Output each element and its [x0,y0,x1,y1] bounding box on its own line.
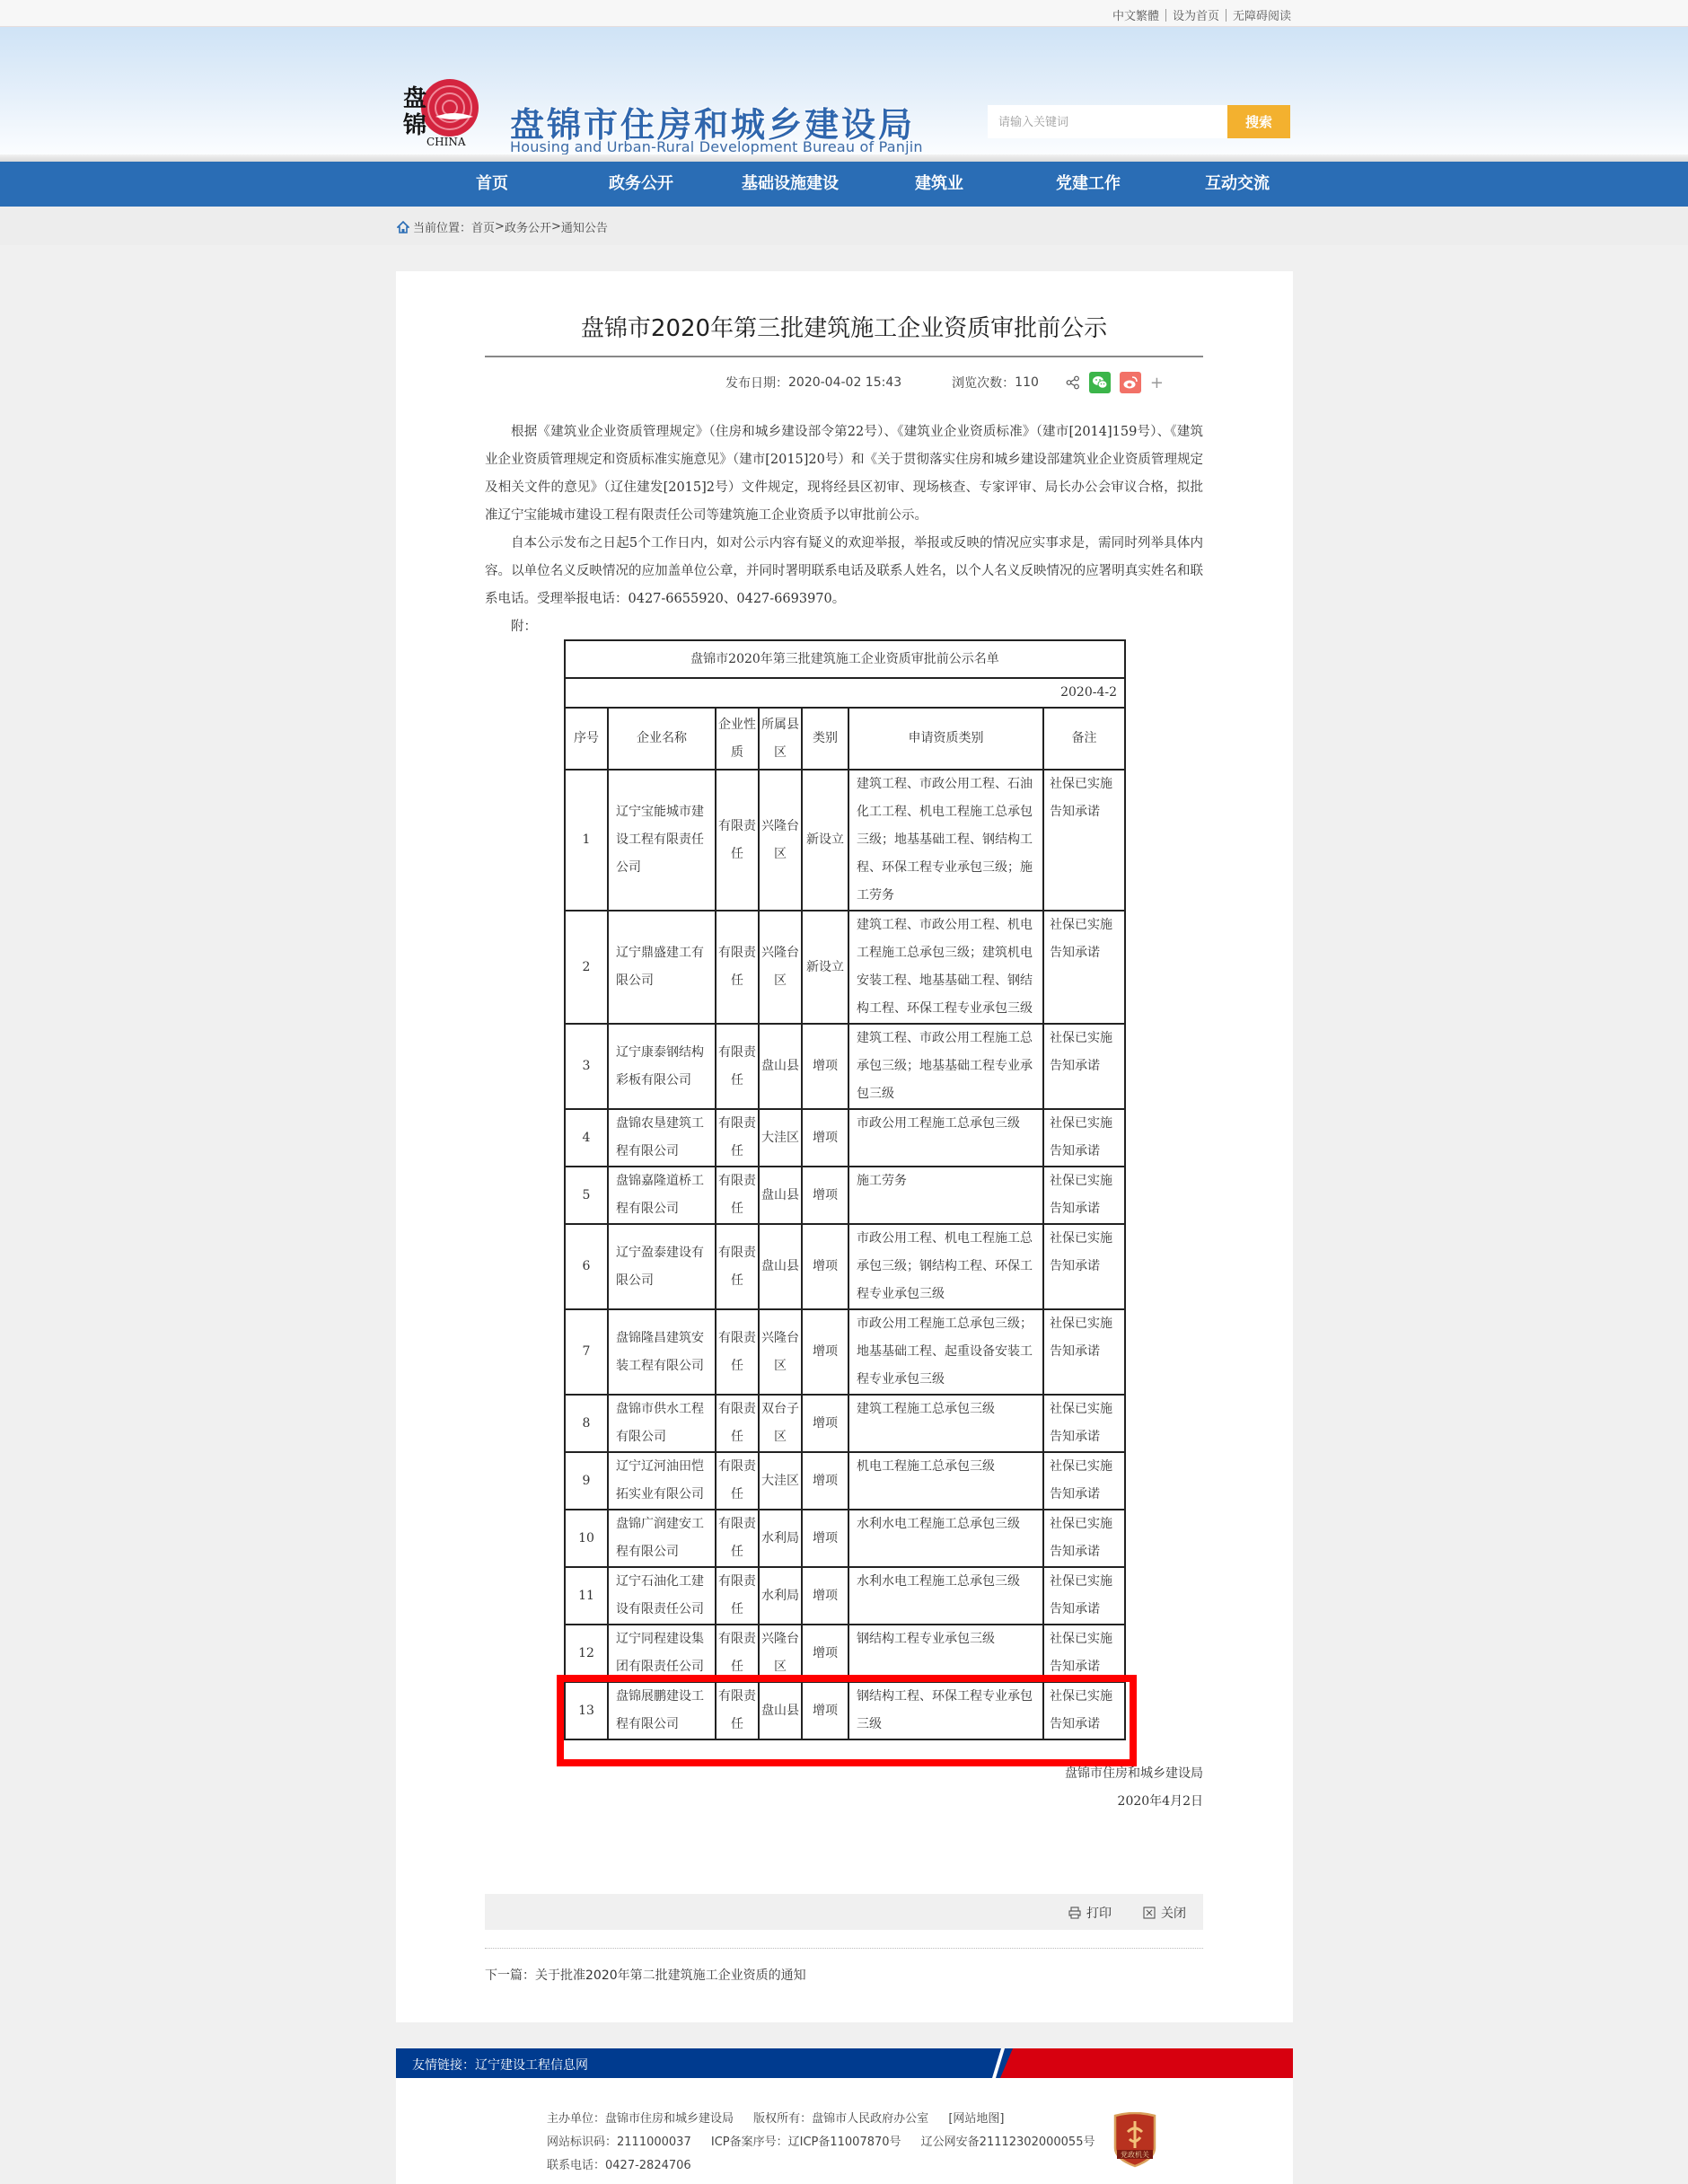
cell-district: 兴隆台区 [759,1309,802,1395]
cell-qualification: 钢结构工程专业承包三级 [848,1625,1043,1682]
icp-link[interactable]: ICP备案序号：辽ICP备11007870号 [711,2136,901,2149]
breadcrumb-sep: > [551,220,561,233]
cell-qualification: 市政公用工程施工总承包三级；地基基础工程、起重设备安装工程专业承包三级 [848,1309,1043,1395]
table-row: 13盘锦展鹏建设工程有限公司有限责任盘山县增项钢结构工程、环保工程专业承包三级社… [565,1682,1125,1739]
cell-nature: 有限责任 [716,1510,759,1567]
close-icon [1143,1907,1156,1919]
views-count: 110 [1015,375,1039,390]
breadcrumb-label: 当前位置： [413,218,471,235]
cell-nature: 有限责任 [716,911,759,1024]
close-label: 关闭 [1161,1904,1186,1922]
cell-no: 1 [565,770,608,911]
cell-nature: 有限责任 [716,1452,759,1510]
cell-note: 社保已实施告知承诺 [1043,1452,1125,1510]
table-date: 2020-4-2 [565,678,1125,708]
cell-district: 兴隆台区 [759,911,802,1024]
publish-date: 2020-04-02 15:43 [788,375,901,390]
cell-type: 新设立 [802,770,848,911]
cell-type: 增项 [802,1625,848,1682]
cell-district: 盘山县 [759,1167,802,1224]
cell-district: 兴隆台区 [759,770,802,911]
cell-type: 增项 [802,1510,848,1567]
footer-line-3: 联系电话：0427-2824706 [547,2155,691,2172]
site-footer: 主办单位：盘锦市住房和城乡建设局 版权所有：盘锦市人民政府办公室 [网站地图] … [396,2078,1293,2184]
cell-company-name: 辽宁盈泰建设有限公司 [608,1224,716,1309]
cell-type: 增项 [802,1109,848,1167]
cell-no: 2 [565,911,608,1024]
cell-type: 增项 [802,1024,848,1109]
cell-company-name: 盘锦广润建安工程有限公司 [608,1510,716,1567]
cell-note: 社保已实施告知承诺 [1043,1510,1125,1567]
cell-nature: 有限责任 [716,1109,759,1167]
article-body: 根据《建筑业企业资质管理规定》（住房和城乡建设部令第22号）、《建筑业企业资质标… [485,418,1203,641]
cell-district: 水利局 [759,1510,802,1567]
footer-line-1: 主办单位：盘锦市住房和城乡建设局 版权所有：盘锦市人民政府办公室 [网站地图] [547,2109,1004,2126]
wechat-icon[interactable] [1089,372,1111,393]
breadcrumb-notices[interactable]: 通知公告 [561,218,608,235]
footer-host: 主办单位：盘锦市住房和城乡建设局 [547,2112,734,2126]
cell-nature: 有限责任 [716,1309,759,1395]
cell-no: 3 [565,1024,608,1109]
cell-note: 社保已实施告知承诺 [1043,1682,1125,1739]
signature-org: 盘锦市住房和城乡建设局 [485,1764,1203,1782]
cell-district: 大洼区 [759,1452,802,1510]
cell-district: 盘山县 [759,1024,802,1109]
print-label: 打印 [1086,1904,1112,1922]
cell-nature: 有限责任 [716,1224,759,1309]
cell-no: 4 [565,1109,608,1167]
cell-district: 大洼区 [759,1109,802,1167]
cell-no: 6 [565,1224,608,1309]
cell-type: 增项 [802,1567,848,1625]
footer-copyright: 版权所有：盘锦市人民政府办公室 [753,2112,928,2126]
cell-type: 增项 [802,1395,848,1452]
cell-district: 兴隆台区 [759,1625,802,1682]
nav-item-construction[interactable]: 建筑业 [865,162,1014,207]
article-title: 盘锦市2020年第三批建筑施工企业资质审批前公示 [485,310,1203,343]
traditional-chinese-link[interactable]: 中文繁體 [1112,6,1159,23]
cell-no: 13 [565,1682,608,1739]
cell-note: 社保已实施告知承诺 [1043,1167,1125,1224]
breadcrumb-bar: 当前位置： 首页 > 政务公开 > 通知公告 [0,207,1688,245]
divider [485,1948,1203,1949]
footer-phone: 联系电话：0427-2824706 [547,2159,691,2172]
cell-company-name: 辽宁康泰钢结构彩板有限公司 [608,1024,716,1109]
cell-note: 社保已实施告知承诺 [1043,911,1125,1024]
top-bar: 中文繁體 设为首页 无障碍阅读 [0,0,1688,27]
col-header-no: 序号 [565,708,608,770]
cell-nature: 有限责任 [716,1395,759,1452]
cell-qualification: 市政公用工程施工总承包三级 [848,1109,1043,1167]
body-paragraph: 自本公示发布之日起5个工作日内，如对公示内容有疑义的欢迎举报，举报或反映的情况应… [485,530,1203,613]
table-row: 1辽宁宝能城市建设工程有限责任公司有限责任兴隆台区新设立建筑工程、市政公用工程、… [565,770,1125,911]
cell-district: 盘山县 [759,1224,802,1309]
close-button[interactable]: 关闭 [1143,1904,1186,1922]
set-homepage-link[interactable]: 设为首页 [1173,6,1219,23]
cell-company-name: 盘锦农垦建筑工程有限公司 [608,1109,716,1167]
table-row: 8盘锦市供水工程有限公司有限责任双台子区增项建筑工程施工总承包三级社保已实施告知… [565,1395,1125,1452]
printer-icon [1068,1907,1081,1919]
table-row: 3辽宁康泰钢结构彩板有限公司有限责任盘山县增项建筑工程、市政公用工程施工总承包三… [565,1024,1125,1109]
table-row: 9辽宁辽河油田恺拓实业有限公司有限责任大洼区增项机电工程施工总承包三级社保已实施… [565,1452,1125,1510]
cell-company-name: 盘锦隆昌建筑安装工程有限公司 [608,1309,716,1395]
nav-item-gov-affairs[interactable]: 政务公开 [567,162,716,207]
friend-link-liaoning-construction[interactable]: 辽宁建设工程信息网 [475,2058,588,2073]
cell-note: 社保已实施告知承诺 [1043,770,1125,911]
cell-company-name: 辽宁辽河油田恺拓实业有限公司 [608,1452,716,1510]
cell-note: 社保已实施告知承诺 [1043,1109,1125,1167]
panjin-logo-icon[interactable]: 盘 锦 CHINA [400,70,489,160]
police-record-link[interactable]: 辽公网安备21112302000055号 [921,2136,1095,2149]
cell-company-name: 盘锦嘉隆道桥工程有限公司 [608,1167,716,1224]
col-header-district: 所属县区 [759,708,802,770]
cell-qualification: 钢结构工程、环保工程专业承包三级 [848,1682,1043,1739]
qualification-table: 盘锦市2020年第三批建筑施工企业资质审批前公示名单 2020-4-2 序号 企… [564,639,1126,1740]
cell-note: 社保已实施告知承诺 [1043,1309,1125,1395]
cell-company-name: 辽宁宝能城市建设工程有限责任公司 [608,770,716,911]
cell-nature: 有限责任 [716,1024,759,1109]
search-button[interactable]: 搜索 [1227,105,1290,138]
breadcrumb-home[interactable]: 首页 [471,218,495,235]
accessibility-link[interactable]: 无障碍阅读 [1233,6,1291,23]
top-links: 中文繁體 设为首页 无障碍阅读 [1112,6,1291,23]
cell-no: 10 [565,1510,608,1567]
table-row: 2辽宁鼎盛建工有限公司有限责任兴隆台区新设立建筑工程、市政公用工程、机电工程施工… [565,911,1125,1024]
header-shadow [0,154,1688,162]
svg-text:党政机关: 党政机关 [1121,2150,1149,2159]
cell-qualification: 建筑工程、市政公用工程、机电工程施工总承包三级；建筑机电安装工程、地基基础工程、… [848,911,1043,1024]
publish-label: 发布日期： [725,374,788,392]
party-gov-badge-icon[interactable]: 党政机关 [1112,2112,1158,2168]
table-row: 6辽宁盈泰建设有限公司有限责任盘山县增项市政公用工程、机电工程施工总承包三级；钢… [565,1224,1125,1309]
table-header-row: 序号 企业名称 企业性质 所属县区 类别 申请资质类别 备注 [565,708,1125,770]
cell-nature: 有限责任 [716,1682,759,1739]
more-share-icon[interactable]: + [1150,374,1164,392]
article-meta: 发布日期： 2020-04-02 15:43 浏览次数： 110 [725,372,1164,393]
friend-links: 友情链接：辽宁建设工程信息网 [412,2056,588,2074]
views-label: 浏览次数： [952,374,1015,392]
divider [1226,9,1226,22]
cell-type: 增项 [802,1452,848,1510]
col-header-nature: 企业性质 [716,708,759,770]
cell-company-name: 盘锦市供水工程有限公司 [608,1395,716,1452]
footer-line-2: 网站标识码：2111000037 ICP备案序号：辽ICP备11007870号 … [547,2132,1095,2149]
svg-text:CHINA: CHINA [426,136,466,148]
cell-qualification: 建筑工程、市政公用工程施工总承包三级；地基基础工程专业承包三级 [848,1024,1043,1109]
table-row: 5盘锦嘉隆道桥工程有限公司有限责任盘山县增项施工劳务社保已实施告知承诺 [565,1167,1125,1224]
cell-note: 社保已实施告知承诺 [1043,1625,1125,1682]
cell-note: 社保已实施告知承诺 [1043,1024,1125,1109]
cell-type: 增项 [802,1224,848,1309]
cell-company-name: 辽宁同程建设集团有限责任公司 [608,1625,716,1682]
nav-item-infrastructure[interactable]: 基础设施建设 [716,162,865,207]
search-box: 搜索 [988,105,1290,138]
article-tools: 打印 关闭 [485,1894,1203,1930]
breadcrumb-gov-affairs[interactable]: 政务公开 [505,218,551,235]
friend-links-label: 友情链接： [412,2058,475,2073]
red-stripe [1000,2048,1293,2078]
cell-nature: 有限责任 [716,1567,759,1625]
cell-qualification: 建筑工程、市政公用工程、石油化工工程、机电工程施工总承包三级；地基基础工程、钢结… [848,770,1043,911]
cell-no: 12 [565,1625,608,1682]
nav-item-home[interactable]: 首页 [418,162,567,207]
table-body: 1辽宁宝能城市建设工程有限责任公司有限责任兴隆台区新设立建筑工程、市政公用工程、… [565,770,1125,1739]
cell-qualification: 水利水电工程施工总承包三级 [848,1510,1043,1567]
svg-text:锦: 锦 [403,111,426,139]
breadcrumb: 当前位置： 首页 > 政务公开 > 通知公告 [397,218,608,235]
weibo-icon[interactable] [1120,372,1141,393]
cell-nature: 有限责任 [716,770,759,911]
next-article-link[interactable]: 下一篇：关于批准2020年第二批建筑施工企业资质的通知 [485,1966,806,1984]
cell-district: 双台子区 [759,1395,802,1452]
cell-company-name: 辽宁石油化工建设有限责任公司 [608,1567,716,1625]
friend-links-bar: 友情链接：辽宁建设工程信息网 [396,2048,1293,2078]
search-input[interactable] [988,105,1227,138]
cell-district: 水利局 [759,1567,802,1625]
table-row: 12辽宁同程建设集团有限责任公司有限责任兴隆台区增项钢结构工程专业承包三级社保已… [565,1625,1125,1682]
col-header-type: 类别 [802,708,848,770]
footer-site-id: 网站标识码：2111000037 [547,2136,691,2149]
signature-date: 2020年4月2日 [485,1792,1203,1810]
breadcrumb-sep: > [495,220,505,233]
site-subtitle: Housing and Urban-Rural Development Bure… [510,138,923,155]
divider [1165,9,1166,22]
cell-type: 增项 [802,1682,848,1739]
table-row: 10盘锦广润建安工程有限公司有限责任水利局增项水利水电工程施工总承包三级社保已实… [565,1510,1125,1567]
cell-type: 增项 [802,1167,848,1224]
table-row: 11辽宁石油化工建设有限责任公司有限责任水利局增项水利水电工程施工总承包三级社保… [565,1567,1125,1625]
nav-item-party-building[interactable]: 党建工作 [1014,162,1163,207]
table-row: 7盘锦隆昌建筑安装工程有限公司有限责任兴隆台区增项市政公用工程施工总承包三级；地… [565,1309,1125,1395]
cell-type: 新设立 [802,911,848,1024]
cell-no: 7 [565,1309,608,1395]
cell-company-name: 辽宁鼎盛建工有限公司 [608,911,716,1024]
cell-type: 增项 [802,1309,848,1395]
cell-district: 盘山县 [759,1682,802,1739]
nav-item-interaction[interactable]: 互动交流 [1163,162,1312,207]
table-caption: 盘锦市2020年第三批建筑施工企业资质审批前公示名单 [565,640,1125,678]
home-icon [397,221,409,233]
title-divider [485,356,1203,357]
main-nav: 首页 政务公开 基础设施建设 建筑业 党建工作 互动交流 [0,162,1688,207]
share-bar: + [1066,372,1164,393]
body-paragraph: 根据《建筑业企业资质管理规定》（住房和城乡建设部令第22号）、《建筑业企业资质标… [485,418,1203,530]
attachment-label: 附： [485,613,1203,641]
cell-no: 8 [565,1395,608,1452]
cell-qualification: 施工劳务 [848,1167,1043,1224]
cell-qualification: 市政公用工程、机电工程施工总承包三级；钢结构工程、环保工程专业承包三级 [848,1224,1043,1309]
share-icon[interactable] [1066,375,1080,390]
cell-nature: 有限责任 [716,1167,759,1224]
cell-no: 5 [565,1167,608,1224]
col-header-name: 企业名称 [608,708,716,770]
cell-qualification: 水利水电工程施工总承包三级 [848,1567,1043,1625]
table-row: 4盘锦农垦建筑工程有限公司有限责任大洼区增项市政公用工程施工总承包三级社保已实施… [565,1109,1125,1167]
print-button[interactable]: 打印 [1068,1904,1112,1922]
cell-qualification: 机电工程施工总承包三级 [848,1452,1043,1510]
col-header-note: 备注 [1043,708,1125,770]
cell-note: 社保已实施告知承诺 [1043,1567,1125,1625]
sitemap-link[interactable]: [网站地图] [948,2112,1004,2126]
site-header: 盘 锦 CHINA 盘锦市住房和城乡建设局 Housing and Urban-… [0,27,1688,154]
cell-no: 11 [565,1567,608,1625]
cell-no: 9 [565,1452,608,1510]
cell-nature: 有限责任 [716,1625,759,1682]
col-header-qualification: 申请资质类别 [848,708,1043,770]
cell-company-name: 盘锦展鹏建设工程有限公司 [608,1682,716,1739]
cell-note: 社保已实施告知承诺 [1043,1224,1125,1309]
svg-text:盘: 盘 [403,84,426,112]
cell-qualification: 建筑工程施工总承包三级 [848,1395,1043,1452]
cell-note: 社保已实施告知承诺 [1043,1395,1125,1452]
